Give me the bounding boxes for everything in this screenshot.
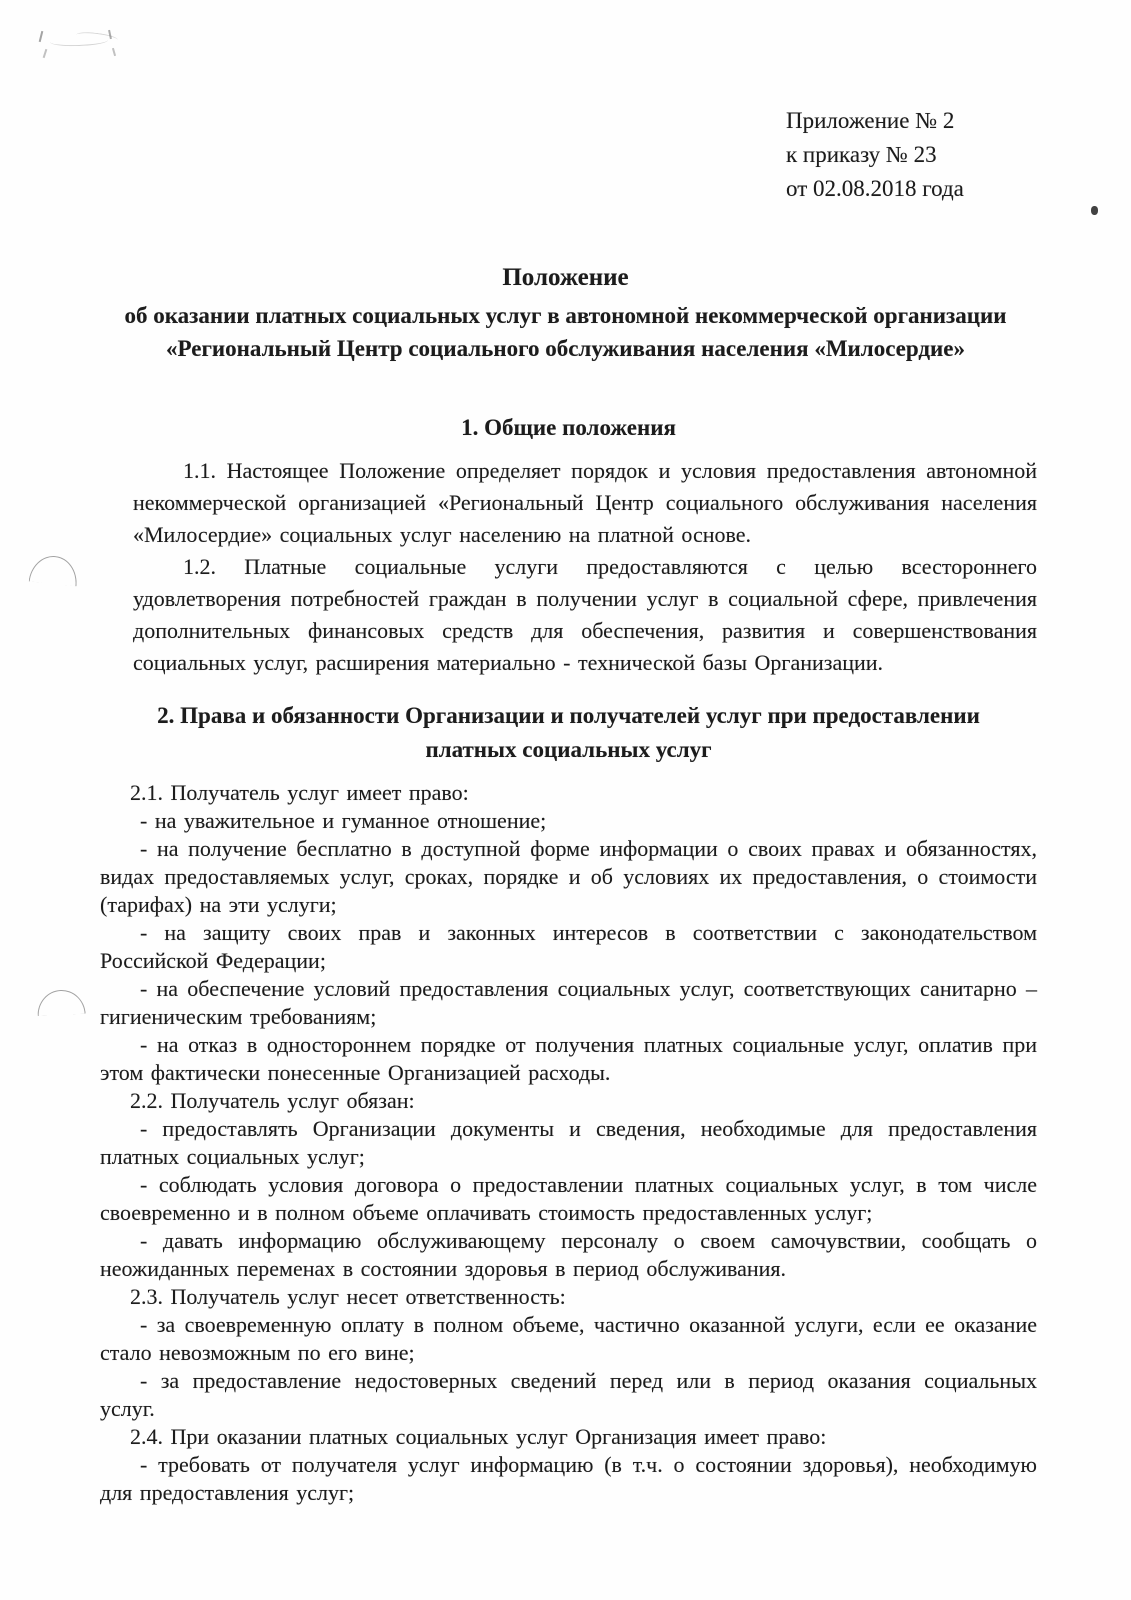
clause-2-3-item: - за предоставление недостоверных сведен… — [100, 1367, 1037, 1423]
hole-punch-arc — [29, 554, 80, 587]
annex-line: к приказу № 23 — [786, 138, 964, 172]
section-2-heading-line: платных социальных услуг — [100, 733, 1037, 767]
clause-2-1-item: - на отказ в одностороннем порядке от по… — [100, 1031, 1037, 1087]
annex-line: от 02.08.2018 года — [786, 172, 964, 206]
clause-2-1-item: - на защиту своих прав и законных интере… — [100, 919, 1037, 975]
pencil-mark — [112, 48, 116, 56]
clause-2-2-item: - предоставлять Организации документы и … — [100, 1115, 1037, 1171]
document-title-block: Положение об оказании платных социальных… — [0, 262, 1131, 365]
section-2-heading: 2. Права и обязанности Организации и пол… — [100, 699, 1037, 767]
clause-2-1-item: - на получение бесплатно в доступной фор… — [100, 835, 1037, 919]
pencil-mark — [43, 49, 48, 58]
hole-punch-arc — [36, 989, 85, 1016]
pencil-mark — [39, 31, 44, 42]
clause-2-4: 2.4. При оказании платных социальных усл… — [100, 1423, 1037, 1451]
section-2-heading-line: 2. Права и обязанности Организации и пол… — [100, 699, 1037, 733]
annex-reference: Приложение № 2 к приказу № 23 от 02.08.2… — [786, 104, 964, 206]
document-title: Положение — [0, 262, 1131, 293]
clause-2-1-item: - на уважительное и гуманное отношение; — [100, 807, 1037, 835]
clause-2-2-item: - давать информацию обслуживающему персо… — [100, 1227, 1037, 1283]
document-body: 1. Общие положения 1.1. Настоящее Положе… — [100, 413, 1037, 1507]
scanned-document-page: Приложение № 2 к приказу № 23 от 02.08.2… — [0, 0, 1131, 1600]
annex-line: Приложение № 2 — [786, 104, 964, 138]
clause-2-2: 2.2. Получатель услуг обязан: — [100, 1087, 1037, 1115]
clause-2-1-item: - на обеспечение условий предоставления … — [100, 975, 1037, 1031]
clause-1-2: 1.2. Платные социальные услуги предостав… — [133, 551, 1037, 679]
clause-2-2-item: - соблюдать условия договора о предостав… — [100, 1171, 1037, 1227]
section-gap — [100, 679, 1037, 699]
section-1-heading: 1. Общие положения — [100, 413, 1037, 443]
document-subtitle-line: «Региональный Центр социального обслужив… — [0, 332, 1131, 365]
document-subtitle-line: об оказании платных социальных услуг в а… — [0, 299, 1131, 332]
clause-1-1: 1.1. Настоящее Положение определяет поря… — [133, 455, 1037, 551]
clause-2-1: 2.1. Получатель услуг имеет право: — [100, 779, 1037, 807]
clause-2-3: 2.3. Получатель услуг несет ответственно… — [100, 1283, 1037, 1311]
clause-2-3-item: - за своевременную оплату в полном объем… — [100, 1311, 1037, 1367]
clause-2-4-item: - требовать от получателя услуг информац… — [100, 1451, 1037, 1507]
ink-dot — [1091, 206, 1098, 215]
